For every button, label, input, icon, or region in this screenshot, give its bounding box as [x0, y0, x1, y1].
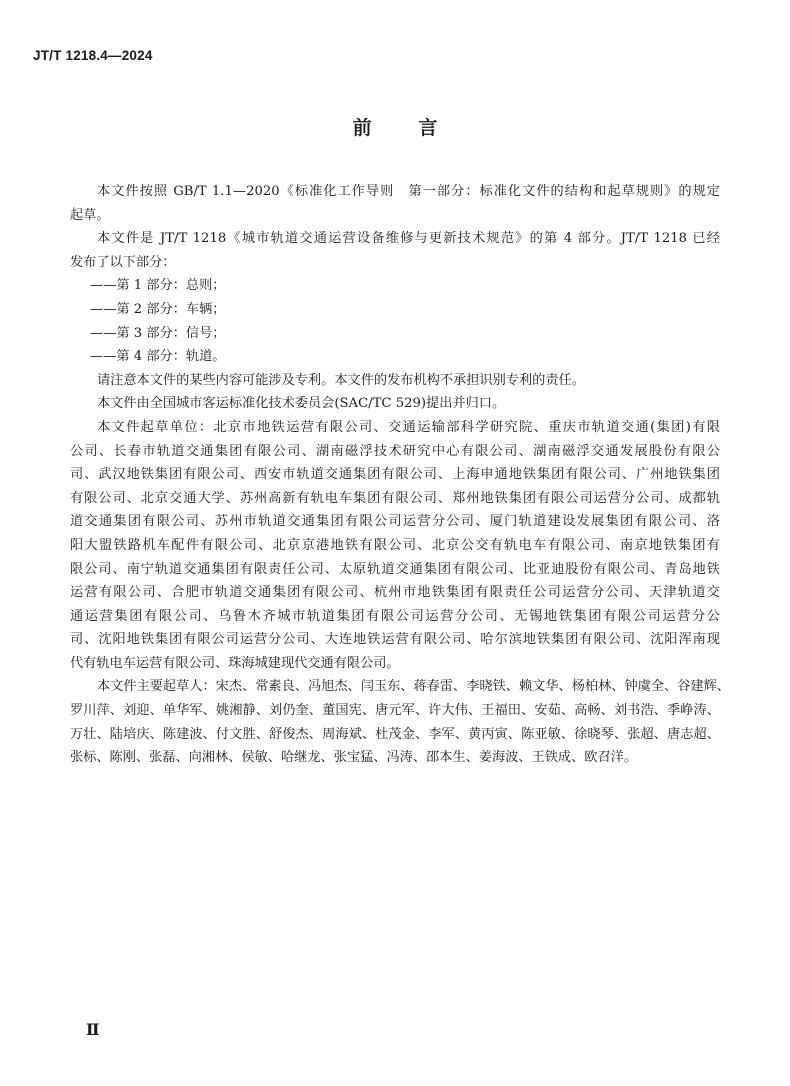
- paragraph-drafting-basis: 本文件按照 GB/T 1.1—2020《标准化工作导则 第一部分：标准化文件的结…: [70, 180, 720, 227]
- text-line: 公司、长春市轨道交通集团有限公司、湖南磁浮技术研究中心有限公司、湖南磁浮交通发展…: [70, 440, 720, 464]
- text-line: 本文件起草单位：北京市地铁运营有限公司、交通运输部科学研究院、重庆市轨道交通(集…: [70, 416, 720, 440]
- list-item: ——第 1 部分：总则；: [70, 274, 720, 298]
- list-item: ——第 3 部分：信号；: [70, 322, 720, 346]
- parts-list: ——第 1 部分：总则； ——第 2 部分：车辆； ——第 3 部分：信号； —…: [70, 274, 720, 368]
- text-line: 有限公司、北京交通大学、苏州高新有轨电车集团有限公司、郑州地铁集团有限公司运营分…: [70, 487, 720, 511]
- text-line: 道交通集团有限公司、苏州市轨道交通集团有限公司运营分公司、厦门轨道建设发展集团有…: [70, 510, 720, 534]
- text-line: 起草。: [70, 204, 720, 228]
- text-line: 发布了以下部分：: [70, 251, 720, 275]
- page-number: Ⅱ: [86, 1020, 99, 1039]
- paragraph-proposer: 本文件由全国城市客运标准化技术委员会(SAC/TC 529)提出并归口。: [70, 392, 720, 416]
- text-line: 司、沈阳地铁集团有限公司运营分公司、大连地铁运营有限公司、哈尔滨地铁集团有限公司…: [70, 628, 720, 652]
- text-line: 阳大盟铁路机车配件有限公司、北京京港地铁有限公司、北京公交有轨电车有限公司、南京…: [70, 534, 720, 558]
- text-line: 司、武汉地铁集团有限公司、西安市轨道交通集团有限公司、上海申通地铁集团有限公司、…: [70, 463, 720, 487]
- text-line: 本文件是 JT/T 1218《城市轨道交通运营设备维修与更新技术规范》的第 4 …: [70, 227, 720, 251]
- title-char: 言: [418, 113, 437, 140]
- paragraph-series-info: 本文件是 JT/T 1218《城市轨道交通运营设备维修与更新技术规范》的第 4 …: [70, 227, 720, 274]
- text-line: 张标、陈刚、张磊、向湘林、侯敏、哈继龙、张宝猛、冯涛、邵本生、姜海波、王铁成、欧…: [70, 746, 720, 770]
- document-code: JT/T 1218.4—2024: [33, 48, 153, 63]
- text-line: 万壮、陆培庆、陈建波、付文胜、舒俊杰、周海斌、杜茂金、李军、黄丙寅、陈亚敏、徐晓…: [70, 723, 720, 747]
- title-char: 前: [353, 113, 372, 140]
- list-item: ——第 2 部分：车辆；: [70, 298, 720, 322]
- text-line: 限公司、南宁轨道交通集团有限责任公司、太原轨道交通集团有限公司、比亚迪股份有限公…: [70, 558, 720, 582]
- text-line: 本文件按照 GB/T 1.1—2020《标准化工作导则 第一部分：标准化文件的结…: [70, 180, 720, 204]
- text-line: 运营有限公司、合肥市轨道交通集团有限公司、杭州市地铁集团有限责任公司运营分公司、…: [70, 581, 720, 605]
- list-item: ——第 4 部分：轨道。: [70, 345, 720, 369]
- foreword-body: 本文件按照 GB/T 1.1—2020《标准化工作导则 第一部分：标准化文件的结…: [70, 180, 720, 770]
- text-line: 本文件主要起草人：宋杰、常素良、冯旭杰、闫玉东、蒋春雷、李晓铁、赖文华、杨柏林、…: [70, 675, 720, 699]
- text-line: 罗川萍、刘迎、单华军、姚湘静、刘仍奎、董国宪、唐元军、许大伟、王福田、安茹、高畅…: [70, 699, 720, 723]
- paragraph-drafting-units: 本文件起草单位：北京市地铁运营有限公司、交通运输部科学研究院、重庆市轨道交通(集…: [70, 416, 720, 676]
- page-title: 前 言: [0, 113, 790, 140]
- text-line: 代有轨电车运营有限公司、珠海城建现代交通有限公司。: [70, 652, 720, 676]
- text-line: 通运营集团有限公司、乌鲁木齐城市轨道集团有限公司运营分公司、无锡地铁集团有限公司…: [70, 605, 720, 629]
- paragraph-drafters: 本文件主要起草人：宋杰、常素良、冯旭杰、闫玉东、蒋春雷、李晓铁、赖文华、杨柏林、…: [70, 675, 720, 769]
- paragraph-patent-notice: 请注意本文件的某些内容可能涉及专利。本文件的发布机构不承担识别专利的责任。: [70, 369, 720, 393]
